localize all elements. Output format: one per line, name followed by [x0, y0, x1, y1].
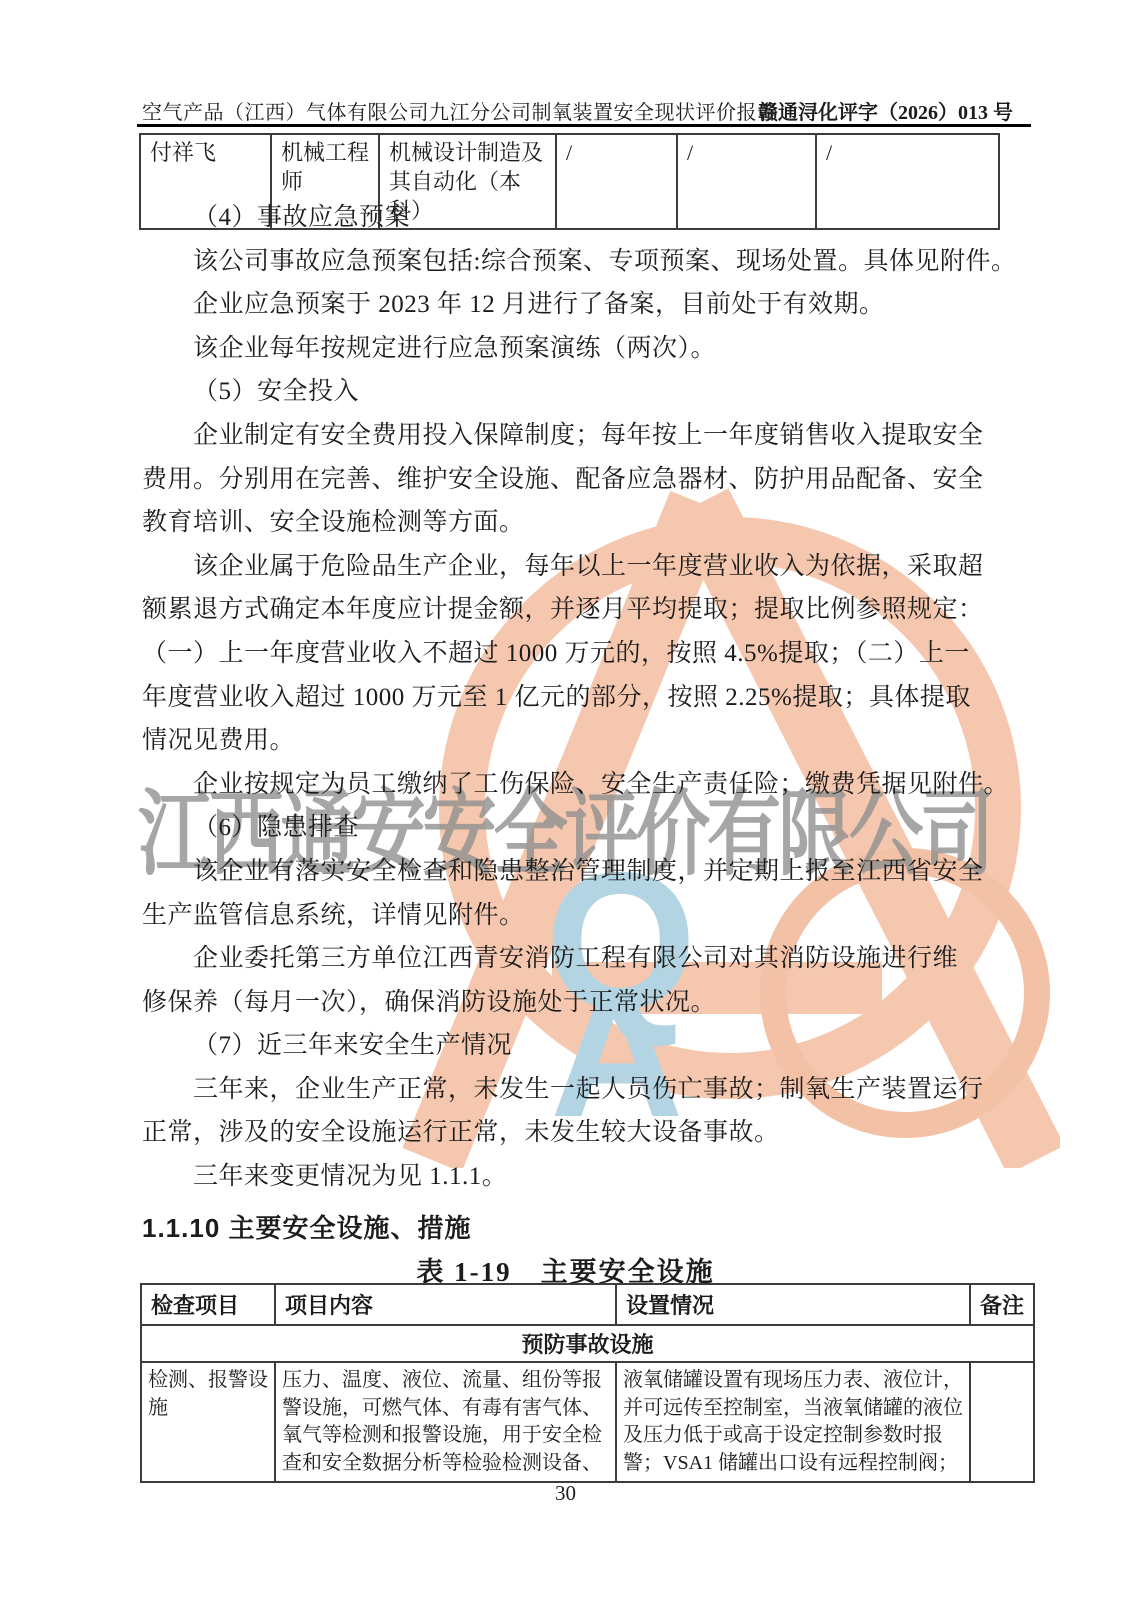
body-line: （7）近三年来安全生产情况 — [142, 1024, 1028, 1068]
safety-table-group-row: 预防事故设施 — [141, 1325, 1034, 1362]
body-text: （4）事故应急预案该公司事故应急预案包括:综合预案、专项预案、现场处置。具体见附… — [142, 196, 1028, 1199]
body-line: （6）隐患排查 — [142, 806, 1028, 850]
section-heading: 1.1.10 主要安全设施、措施 — [142, 1208, 472, 1245]
body-line: （4）事故应急预案 — [142, 196, 1028, 240]
safety-table-cell: 压力、温度、液位、流量、组份等报 警设施，可燃气体、有毒有害气体、 氧气等检测和… — [275, 1362, 616, 1482]
header-report-title: 空气产品（江西）气体有限公司九江分公司制氧装置安全现状评价报告 — [142, 96, 778, 125]
body-line: 情况见费用。 — [142, 719, 1028, 763]
safety-table-cell — [970, 1362, 1034, 1482]
body-line: 三年来，企业生产正常，未发生一起人员伤亡事故；制氧生产装置运行 — [142, 1068, 1028, 1112]
safety-table: 检查项目项目内容设置情况备注 预防事故设施 检测、报警设 施压力、温度、液位、流… — [140, 1283, 1035, 1483]
header-document-number: 赣通浔化评字（2026）013 号 — [758, 96, 1013, 125]
safety-table-data-row: 检测、报警设 施压力、温度、液位、流量、组份等报 警设施，可燃气体、有毒有害气体… — [141, 1362, 1034, 1482]
body-line: 生产监管信息系统，详情见附件。 — [142, 894, 1028, 938]
safety-table-cell: 检测、报警设 施 — [141, 1362, 275, 1482]
safety-table-header-row: 检查项目项目内容设置情况备注 — [141, 1284, 1034, 1325]
body-line: 额累退方式确定本年度应计提金额，并逐月平均提取；提取比例参照规定： — [142, 588, 1028, 632]
header-rule — [137, 124, 1031, 127]
page-number: 30 — [0, 1481, 1131, 1506]
body-line: 该企业每年按规定进行应急预案演练（两次）。 — [142, 327, 1028, 371]
body-line: 企业应急预案于 2023 年 12 月进行了备案，目前处于有效期。 — [142, 283, 1028, 327]
safety-table-group-header: 预防事故设施 — [141, 1325, 1034, 1362]
safety-table-cell: 液氧储罐设置有现场压力表、液位计， 并可远传至控制室，当液氧储罐的液位 及压力低… — [616, 1362, 970, 1482]
body-line: （5）安全投入 — [142, 370, 1028, 414]
safety-table-column-header: 项目内容 — [275, 1284, 616, 1325]
body-line: 教育培训、安全设施检测等方面。 — [142, 501, 1028, 545]
body-line: 该企业有落实安全检查和隐患整治管理制度，并定期上报至江西省安全 — [142, 850, 1028, 894]
safety-table-column-header: 备注 — [970, 1284, 1034, 1325]
body-line: 三年来变更情况为见 1.1.1。 — [142, 1155, 1028, 1199]
body-line: 企业按规定为员工缴纳了工伤保险、安全生产责任险；缴费凭据见附件。 — [142, 763, 1028, 807]
body-line: 费用。分别用在完善、维护安全设施、配备应急器材、防护用品配备、安全 — [142, 458, 1028, 502]
safety-table-column-header: 设置情况 — [616, 1284, 970, 1325]
body-line: 该公司事故应急预案包括:综合预案、专项预案、现场处置。具体见附件。 — [142, 240, 1028, 284]
safety-table-column-header: 检查项目 — [141, 1284, 275, 1325]
body-line: 正常，涉及的安全设施运行正常，未发生较大设备事故。 — [142, 1111, 1028, 1155]
body-line: 企业委托第三方单位江西青安消防工程有限公司对其消防设施进行维 — [142, 937, 1028, 981]
body-line: 企业制定有安全费用投入保障制度；每年按上一年度销售收入提取安全 — [142, 414, 1028, 458]
body-line: 年度营业收入超过 1000 万元至 1 亿元的部分，按照 2.25%提取；具体提… — [142, 676, 1028, 720]
body-line: 修保养（每月一次），确保消防设施处于正常状况。 — [142, 981, 1028, 1025]
body-line: 该企业属于危险品生产企业，每年以上一年度营业收入为依据，采取超 — [142, 545, 1028, 589]
document-page: Q A 江西通安安全评价有限公司 空气产品（江西）气体有限公司九江分公司制氧装置… — [0, 0, 1131, 1600]
body-line: （一）上一年度营业收入不超过 1000 万元的，按照 4.5%提取；（二）上一 — [142, 632, 1028, 676]
